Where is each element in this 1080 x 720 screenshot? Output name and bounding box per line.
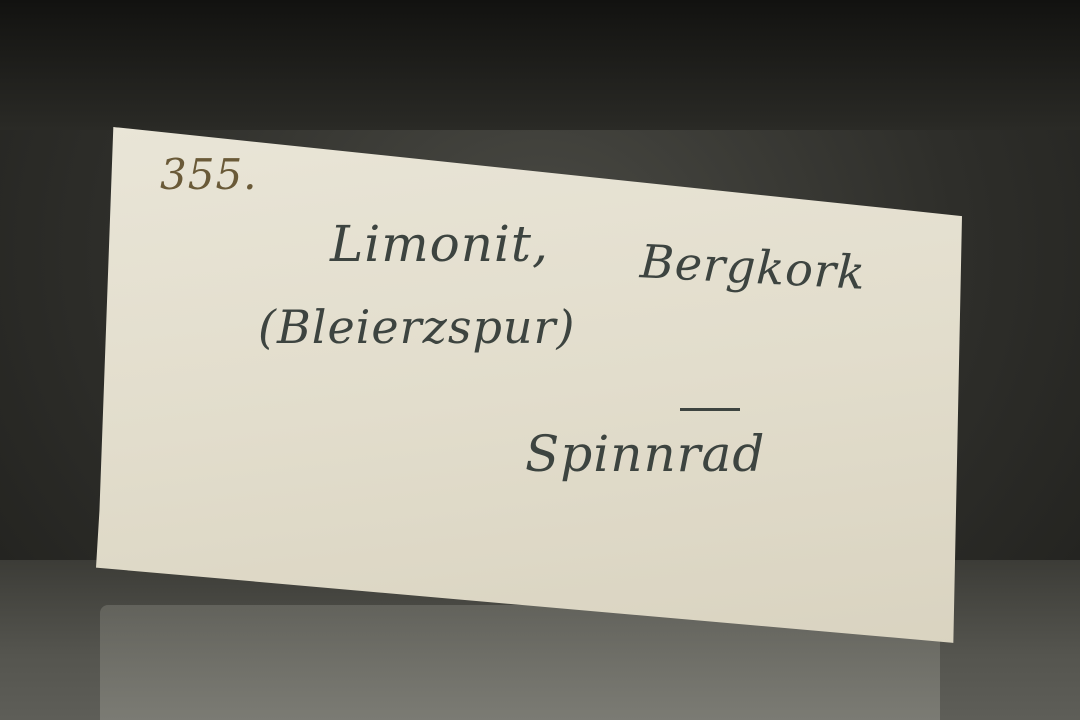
specimen-number: 355. <box>160 150 258 199</box>
paper-label <box>96 126 962 653</box>
handwritten-line-1a: Limonit, <box>330 215 549 273</box>
handwritten-line-3: Spinnrad <box>525 425 765 483</box>
dark-background <box>0 0 1080 130</box>
handwritten-line-2: (Bleierzspur) <box>258 300 575 354</box>
u-bar-mark <box>680 408 740 411</box>
